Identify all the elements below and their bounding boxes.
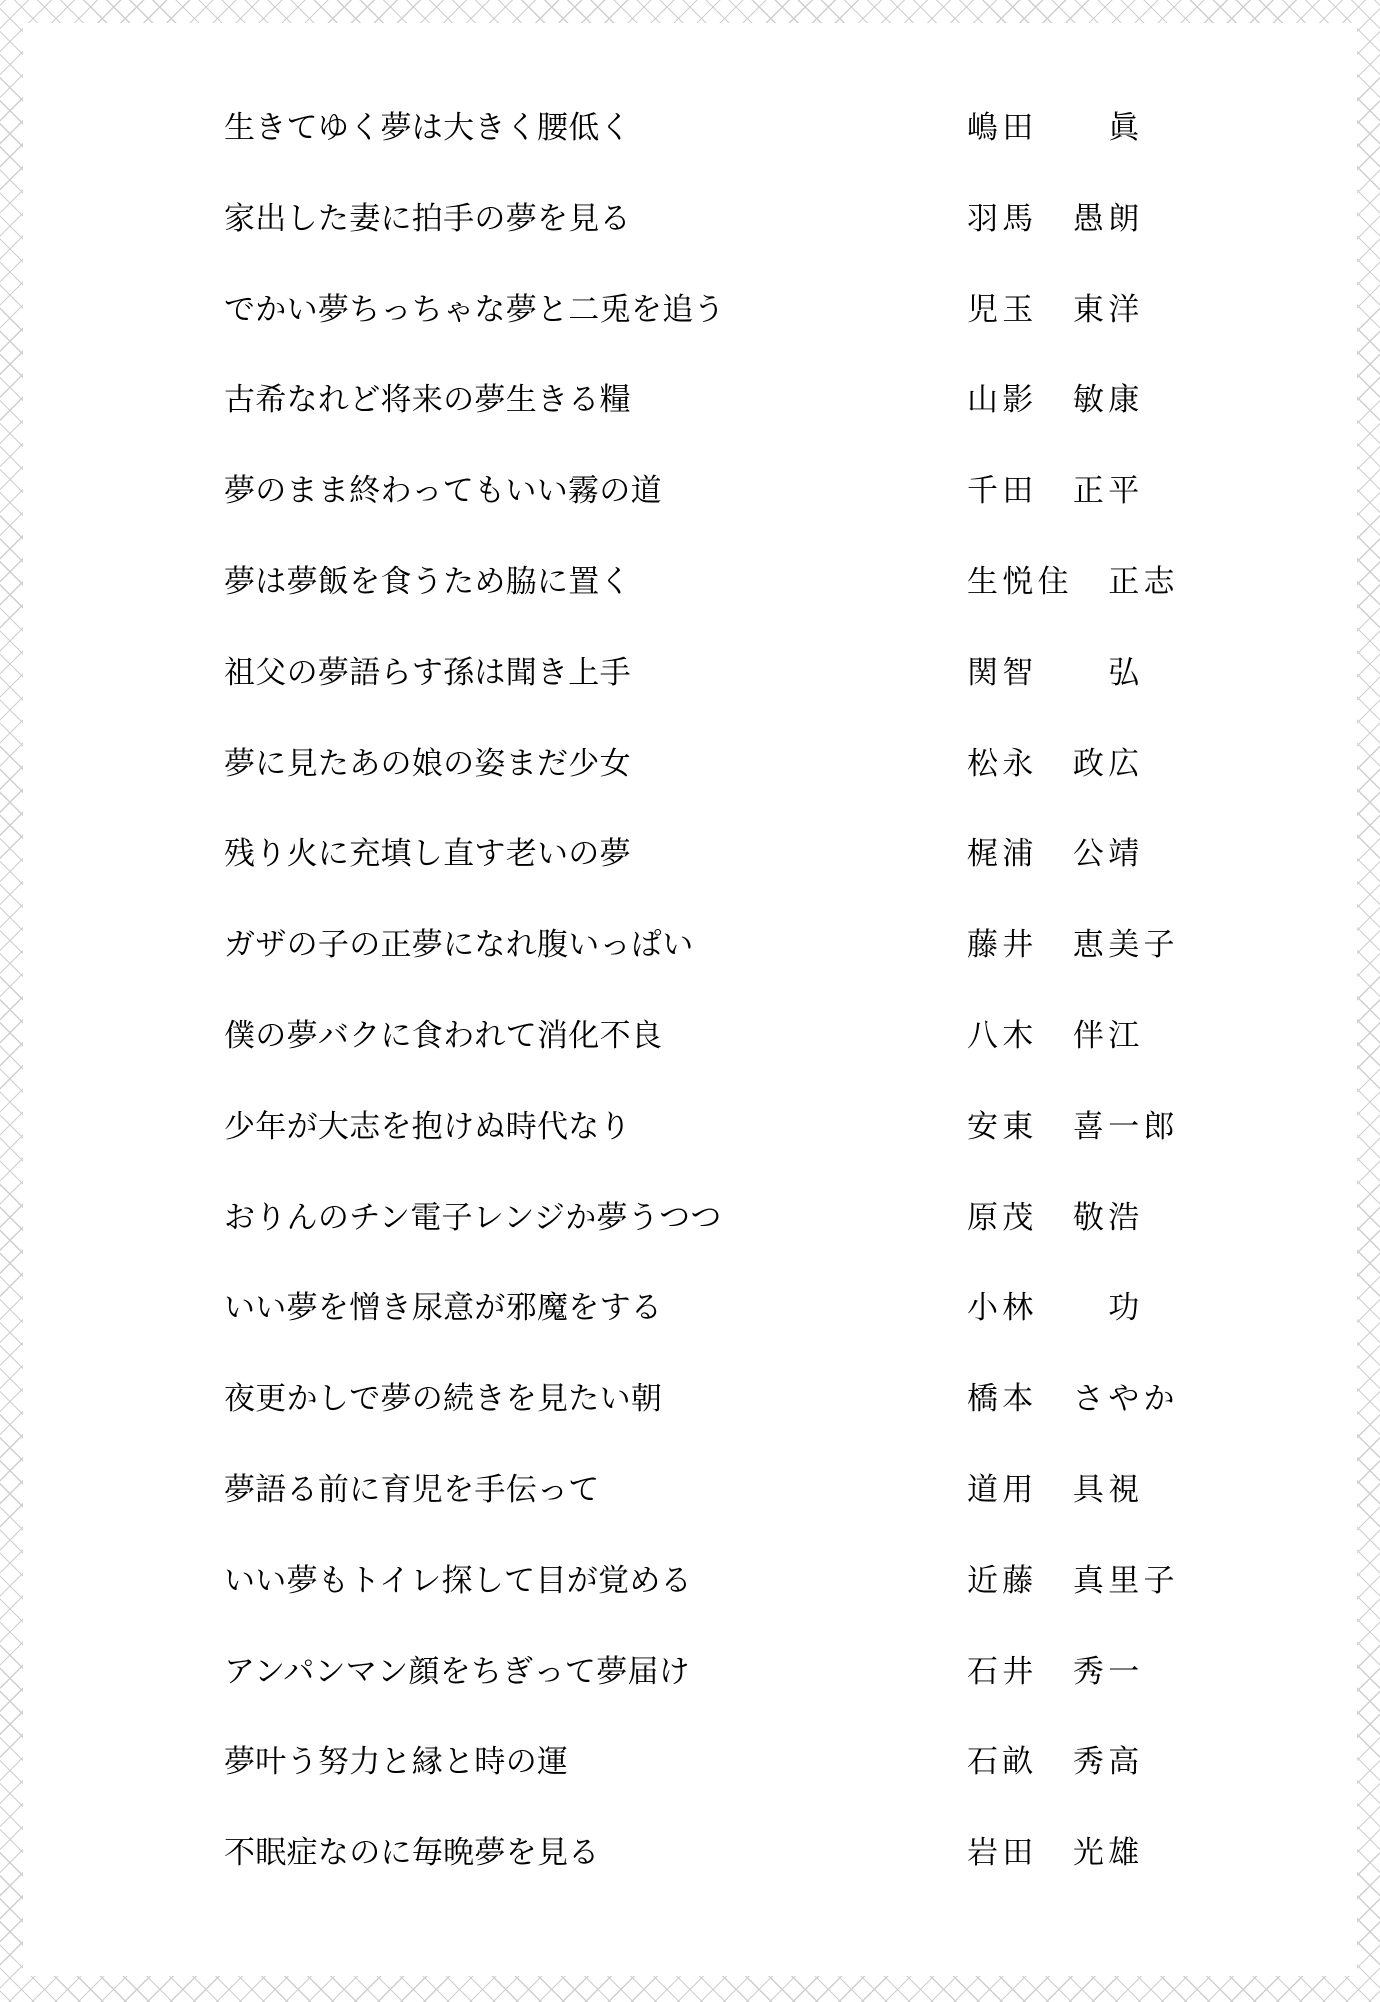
- list-item: 家出した妻に拍手の夢を見る 羽馬 愚朗: [23, 174, 1357, 265]
- haiku-text: 少年が大志を抱けぬ時代なり: [224, 1082, 631, 1173]
- list-item: 残り火に充填し直す老いの夢 梶浦 公靖: [23, 809, 1357, 900]
- author-name: 岩田 光雄: [967, 1808, 1144, 1899]
- author-name: 橋本 さやか: [967, 1354, 1179, 1445]
- author-name: 羽馬 愚朗: [967, 174, 1144, 265]
- author-name: 梶浦 公靖: [967, 809, 1144, 900]
- haiku-text: アンパンマン顔をちぎって夢届け: [224, 1627, 690, 1718]
- list-item: アンパンマン顔をちぎって夢届け 石井 秀一: [23, 1627, 1357, 1718]
- haiku-text: 祖父の夢語らす孫は聞き上手: [224, 628, 631, 719]
- list-item: 少年が大志を抱けぬ時代なり 安東 喜一郎: [23, 1082, 1357, 1173]
- list-item: 夢は夢飯を食うため脇に置く 生悦住 正志: [23, 537, 1357, 628]
- haiku-text: 家出した妻に拍手の夢を見る: [224, 174, 631, 265]
- haiku-text: おりんのチン電子レンジか夢うつつ: [224, 1173, 722, 1264]
- list-item: でかい夢ちっちゃな夢と二兎を追う 児玉 東洋: [23, 265, 1357, 356]
- author-name: 八木 伴江: [967, 991, 1144, 1082]
- haiku-text: 古希なれど将来の夢生きる糧: [224, 355, 631, 446]
- haiku-text: いい夢を憎き尿意が邪魔をする: [224, 1263, 662, 1354]
- list-item: いい夢を憎き尿意が邪魔をする 小林 功: [23, 1263, 1357, 1354]
- haiku-text: 夢は夢飯を食うため脇に置く: [224, 537, 631, 628]
- list-item: 夢に見たあの娘の姿まだ少女 松永 政広: [23, 719, 1357, 810]
- haiku-text: でかい夢ちっちゃな夢と二兎を追う: [224, 265, 725, 356]
- list-item: 夢叶う努力と縁と時の運 石畝 秀高: [23, 1717, 1357, 1808]
- list-item: いい夢もトイレ探して目が覚める 近藤 真里子: [23, 1536, 1357, 1627]
- list-item: ガザの子の正夢になれ腹いっぱい 藤井 恵美子: [23, 900, 1357, 991]
- author-name: 関智 弘: [967, 628, 1144, 719]
- haiku-text: 残り火に充填し直す老いの夢: [224, 809, 631, 900]
- haiku-text: いい夢もトイレ探して目が覚める: [224, 1536, 692, 1627]
- author-name: 嶋田 眞: [967, 83, 1144, 174]
- list-item: 夜更かしで夢の続きを見たい朝 橋本 さやか: [23, 1354, 1357, 1445]
- haiku-list: 生きてゆく夢は大きく腰低く 嶋田 眞 家出した妻に拍手の夢を見る 羽馬 愚朗 で…: [23, 83, 1357, 1899]
- haiku-text: ガザの子の正夢になれ腹いっぱい: [224, 900, 694, 991]
- list-item: 生きてゆく夢は大きく腰低く 嶋田 眞: [23, 83, 1357, 174]
- author-name: 松永 政広: [967, 719, 1144, 810]
- haiku-text: 夢語る前に育児を手伝って: [224, 1445, 600, 1536]
- list-item: おりんのチン電子レンジか夢うつつ 原茂 敬浩: [23, 1173, 1357, 1264]
- author-name: 児玉 東洋: [967, 265, 1144, 356]
- author-name: 原茂 敬浩: [967, 1173, 1144, 1264]
- list-item: 夢語る前に育児を手伝って 道用 具視: [23, 1445, 1357, 1536]
- haiku-text: 生きてゆく夢は大きく腰低く: [224, 83, 631, 174]
- author-name: 道用 具視: [967, 1445, 1144, 1536]
- list-item: 僕の夢バクに食われて消化不良 八木 伴江: [23, 991, 1357, 1082]
- list-item: 夢のまま終わってもいい霧の道 千田 正平: [23, 446, 1357, 537]
- author-name: 石井 秀一: [967, 1627, 1144, 1718]
- haiku-text: 夢のまま終わってもいい霧の道: [224, 446, 662, 537]
- author-name: 山影 敏康: [967, 355, 1144, 446]
- author-name: 生悦住 正志: [967, 537, 1179, 628]
- author-name: 藤井 恵美子: [967, 900, 1179, 991]
- haiku-text: 夢叶う努力と縁と時の運: [224, 1717, 568, 1808]
- list-item: 不眠症なのに毎晩夢を見る 岩田 光雄: [23, 1808, 1357, 1899]
- haiku-text: 夜更かしで夢の続きを見たい朝: [224, 1354, 662, 1445]
- author-name: 小林 功: [967, 1263, 1144, 1354]
- author-name: 近藤 真里子: [967, 1536, 1179, 1627]
- haiku-text: 僕の夢バクに食われて消化不良: [224, 991, 662, 1082]
- list-item: 祖父の夢語らす孫は聞き上手 関智 弘: [23, 628, 1357, 719]
- author-name: 石畝 秀高: [967, 1717, 1144, 1808]
- list-item: 古希なれど将来の夢生きる糧 山影 敏康: [23, 355, 1357, 446]
- haiku-text: 不眠症なのに毎晩夢を見る: [224, 1808, 600, 1899]
- document-page: 生きてゆく夢は大きく腰低く 嶋田 眞 家出した妻に拍手の夢を見る 羽馬 愚朗 で…: [23, 23, 1357, 1976]
- author-name: 千田 正平: [967, 446, 1144, 537]
- author-name: 安東 喜一郎: [967, 1082, 1179, 1173]
- haiku-text: 夢に見たあの娘の姿まだ少女: [224, 719, 631, 810]
